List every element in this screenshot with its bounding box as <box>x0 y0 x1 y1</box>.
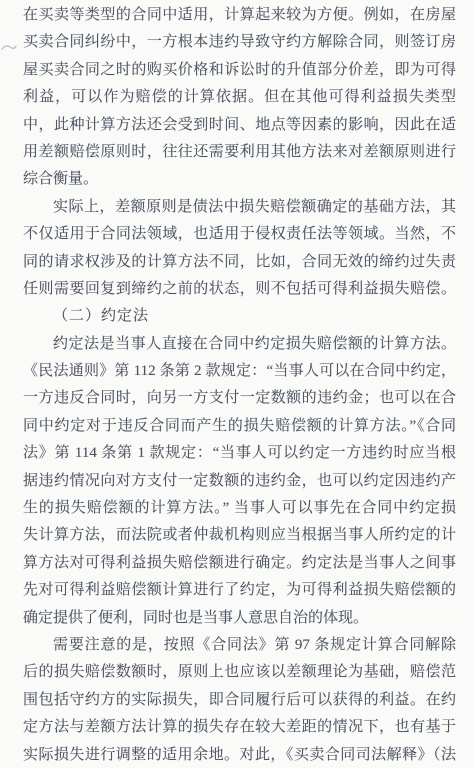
text-line: 确定提供了便利，同时也是当事人意思自治的体现。 <box>23 605 456 632</box>
section-heading: （二）约定法 <box>23 303 456 330</box>
page-text: 在买卖等类型的合同中适用，计算起来较为方便。例如，在房屋买卖合同纠纷中，一方根本… <box>23 2 456 768</box>
text-line: 不仅适用于合同法领域，也适用于侵权责任法等领域。当然，不 <box>23 221 456 248</box>
text-line: 约定法是当事人直接在合同中约定损失赔偿额的计算方法。 <box>23 331 456 358</box>
text-line: 同的请求权涉及的计算方法不同，比如，合同无效的缔约过失责 <box>23 249 456 276</box>
text-line: 法》第 114 条第 1 款规定：“当事人可以约定一方违约时应当根 <box>23 440 456 467</box>
text-line: 失计算方法，而法院或者仲裁机构则应当根据当事人所约定的计 <box>23 522 456 549</box>
margin-mark-icon <box>1 40 17 54</box>
text-line: 生的损失赔偿额的计算方法。” 当事人可以事先在合同中约定损 <box>23 495 456 522</box>
text-line: 定方法与差额方法计算的损失存在较大差距的情况下，也有基于 <box>23 714 456 741</box>
text-line: 算方法对可得利益损失赔偿额进行确定。约定法是当事人之间事 <box>23 550 456 577</box>
text-line: 《民法通则》第 112 条第 2 款规定：“当事人可以在合同中约定， <box>23 358 456 385</box>
text-line: 在买卖等类型的合同中适用，计算起来较为方便。例如，在房屋 <box>23 2 456 29</box>
text-line: 中，此种计算方法还会受到时间、地点等因素的影响，因此在适 <box>23 112 456 139</box>
text-line: 据违约情况向对方支付一定数额的违约金，也可以约定因违约产 <box>23 468 456 495</box>
text-line: 用差额赔偿原则时，往往还需要利用其他方法来对差额原则进行 <box>23 139 456 166</box>
text-line: 一方违反合同时，向另一方支付一定数额的违约金；也可以在合 <box>23 385 456 412</box>
text-line: 买卖合同纠纷中，一方根本违约导致守约方解除合同，则签订房 <box>23 29 456 56</box>
text-line: 屋买卖合同之时的购买价格和诉讼时的升值部分价差，即为可得 <box>23 57 456 84</box>
text-line: 先对可得利益赔偿额计算进行了约定，为可得利益损失赔偿额的 <box>23 577 456 604</box>
text-line: 围包括守约方的实际损失，即合同履行后可以获得的利益。在约 <box>23 687 456 714</box>
text-line: 综合衡量。 <box>23 166 456 193</box>
text-line: 同中约定对于违反合同而产生的损失赔偿额的计算方法。”《合同 <box>23 413 456 440</box>
text-line: 利益，可以作为赔偿的计算依据。但在其他可得利益损失类型 <box>23 84 456 111</box>
text-line: 实际上，差额原则是债法中损失赔偿额确定的基础方法，其 <box>23 194 456 221</box>
document-page: 在买卖等类型的合同中适用，计算起来较为方便。例如，在房屋买卖合同纠纷中，一方根本… <box>0 0 473 768</box>
text-line: 需要注意的是，按照《合同法》第 97 条规定计算合同解除 <box>23 632 456 659</box>
text-line: 后的损失赔偿数额时，原则上也应该以差额理论为基础，赔偿范 <box>23 659 456 686</box>
text-line: 任则需要回复到缔约之前的状态，则不包括可得利益损失赔偿。 <box>23 276 456 303</box>
text-line: 实际损失进行调整的适用余地。对此，《买卖合同司法解释》（法 <box>23 742 456 768</box>
